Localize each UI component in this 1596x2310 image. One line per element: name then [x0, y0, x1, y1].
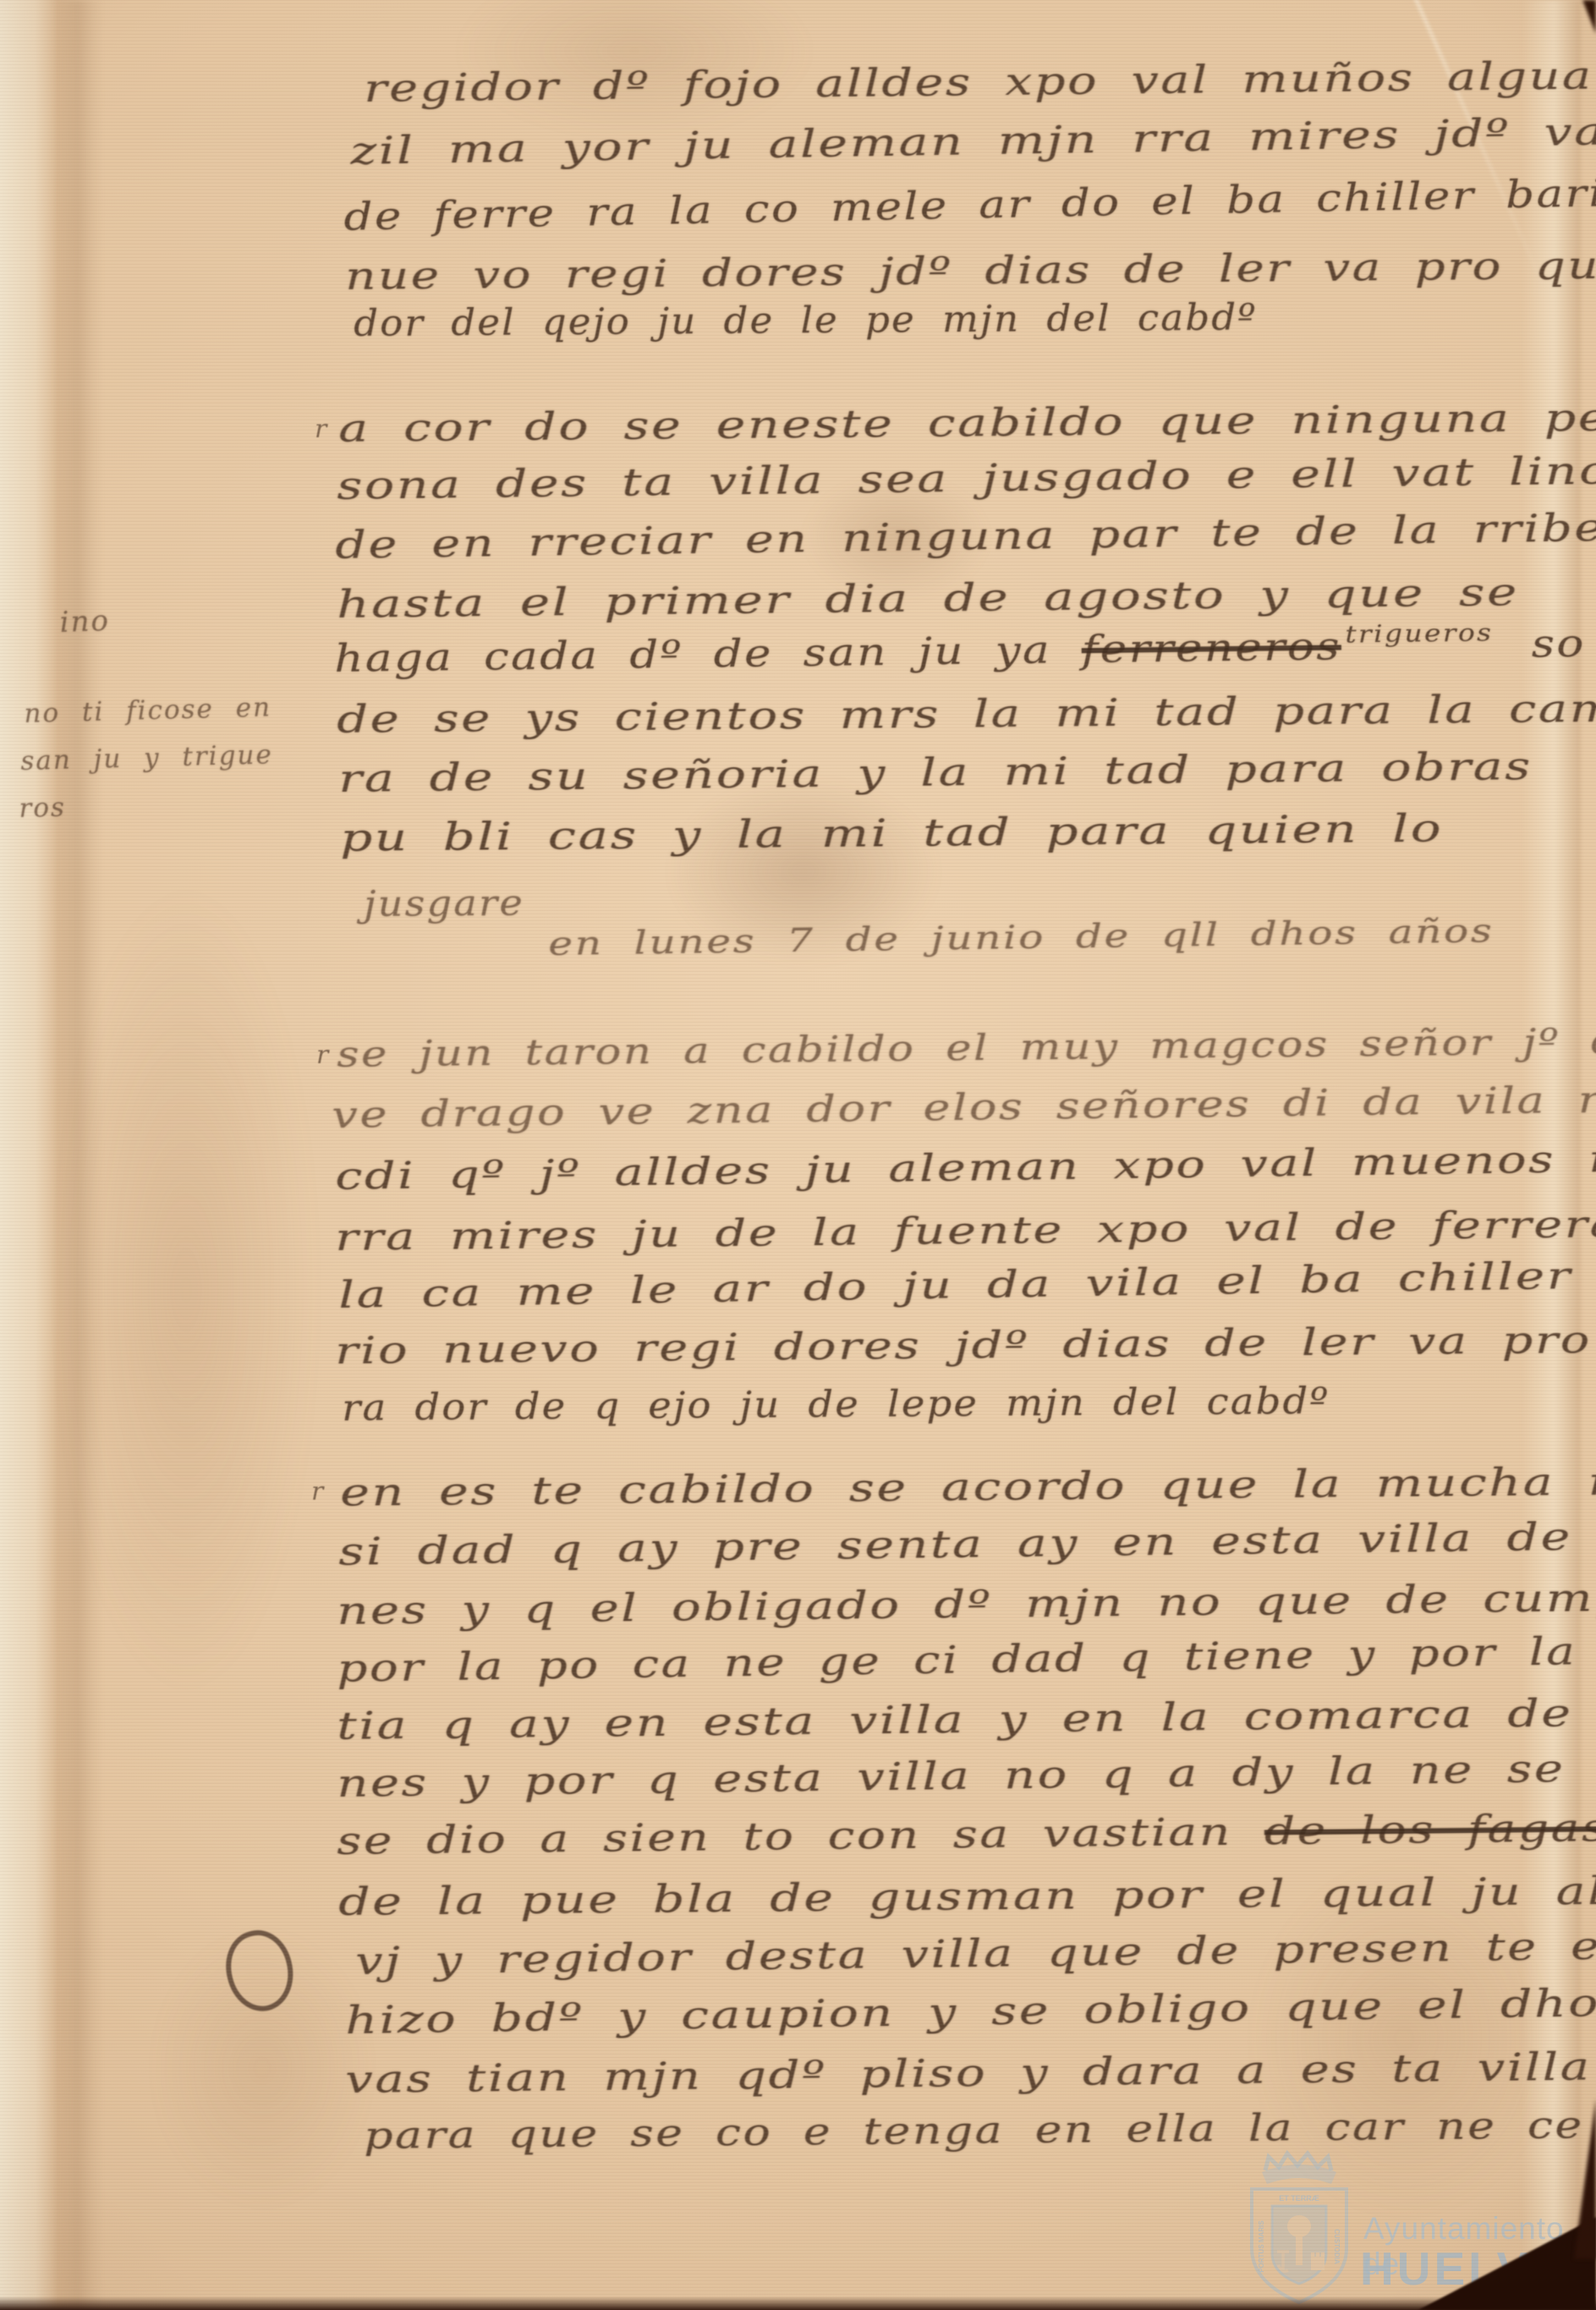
manuscript-scan: regidor dº fojo alldes xpo val muños alg…	[0, 0, 1596, 2310]
crest-motto-right: CUSTODIA	[1333, 2229, 1341, 2264]
gutter-shadow	[52, 0, 103, 2310]
paragraph-mark: r	[315, 414, 326, 444]
margin-note: no ti ficose en	[24, 692, 271, 729]
struck-out-word: ferreneros	[1081, 623, 1341, 672]
photo-edge-right	[1574, 2099, 1596, 2259]
photo-corner-bottom-right	[1418, 2217, 1596, 2310]
huelva-crest-icon: ET TERRÆ PORTUS MARIS CUSTODIA	[1243, 2147, 1355, 2307]
crest-motto-left: PORTUS MARIS	[1258, 2220, 1265, 2273]
inserted-word: trigueros	[1345, 618, 1493, 648]
manuscript-line: dor del qejo ju de le pe mjn del cabdº	[354, 297, 1258, 345]
manuscript-line: jusgare	[364, 882, 524, 925]
margin-note: ros	[19, 793, 66, 824]
struck-out-word: de los fagas	[1264, 1805, 1596, 1853]
paragraph-mark: r	[316, 1040, 328, 1070]
line-text: so pena	[1531, 619, 1596, 667]
line-text: se dio a sien to con sa vastian	[337, 1809, 1232, 1863]
crest-motto-top: ET TERRÆ	[1279, 2194, 1319, 2203]
photo-bottom-edge	[0, 2296, 1596, 2310]
photo-corner-top-right	[1582, 0, 1596, 34]
manuscript-line: ra dor de q ejo ju de lepe mjn del cabdº	[342, 1380, 1330, 1429]
paragraph-mark: r	[311, 1477, 323, 1506]
margin-note: ino	[59, 604, 111, 639]
line-text: haga cada dº de san ju ya	[334, 628, 1051, 681]
